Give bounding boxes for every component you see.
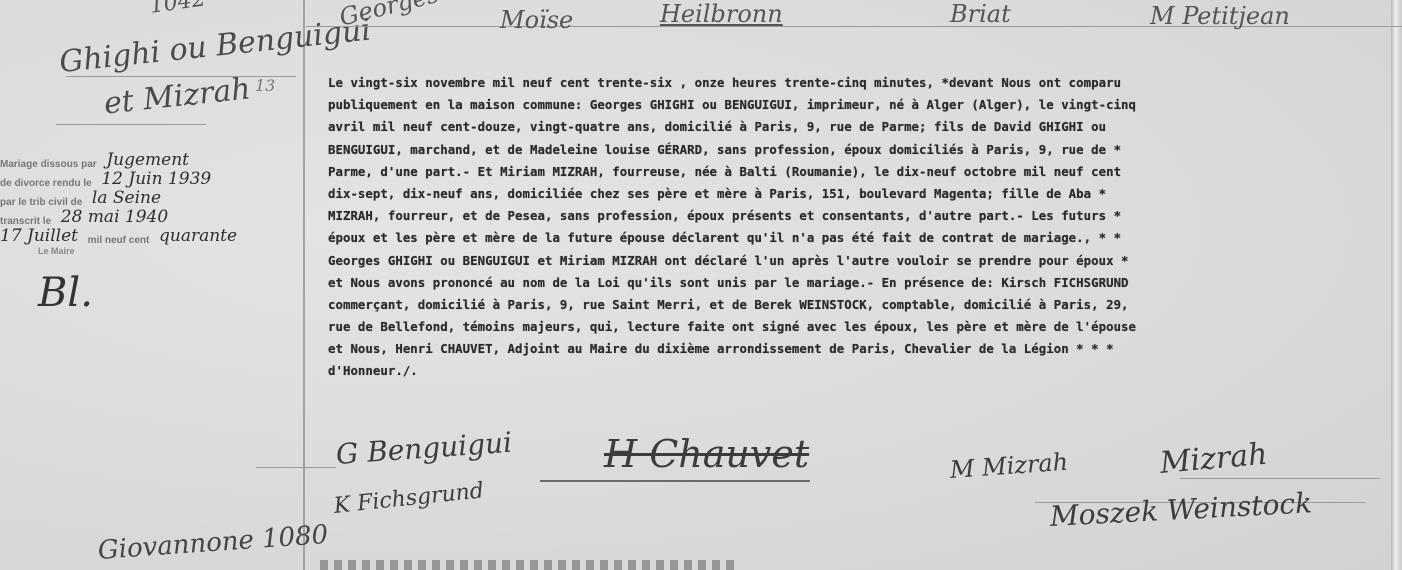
act-line: commerçant, domicilié à Paris, 9, rue Sa… bbox=[328, 294, 1368, 316]
mayor-signature: Bl. bbox=[38, 270, 93, 316]
act-line: Le vingt-six novembre mil neuf cent tren… bbox=[328, 72, 1368, 94]
signature: M Petitjean bbox=[1150, 2, 1290, 30]
act-line: BENGUIGUI, marchand, et de Madeleine lou… bbox=[328, 139, 1368, 161]
act-line: d'Honneur./. bbox=[328, 360, 1368, 382]
next-act-text-fragment bbox=[320, 560, 740, 570]
signature: Moïse bbox=[500, 6, 573, 34]
mayor-label: Le Maire bbox=[38, 246, 75, 256]
annotation-line: de divorce rendu le 12 Juin 1939 bbox=[0, 169, 300, 188]
act-line: publiquement en la maison commune: Georg… bbox=[328, 94, 1368, 116]
underline bbox=[56, 124, 206, 125]
parent-signature: M Mizrah bbox=[949, 448, 1069, 484]
page-edge bbox=[1391, 0, 1402, 570]
act-line: Georges GHIGHI ou BENGUIGUI et Miriam MI… bbox=[328, 250, 1368, 272]
groom-signature: G Benguigui bbox=[335, 426, 513, 471]
act-line: MIZRAH, fourreur, et de Pesea, sans prof… bbox=[328, 205, 1368, 227]
next-entry-name: Giovannone 1080 bbox=[97, 520, 329, 566]
signature-line bbox=[1180, 478, 1380, 479]
marriage-act-text: Le vingt-six novembre mil neuf cent tren… bbox=[328, 72, 1368, 383]
annotation-line: 17 Juillet mil neuf cent quarante bbox=[0, 226, 300, 245]
signature-line bbox=[256, 467, 336, 468]
signature: Heilbronn bbox=[660, 0, 783, 28]
act-line: époux et les père et mère de la future é… bbox=[328, 227, 1368, 249]
bride-signature: Mizrah bbox=[1158, 437, 1268, 481]
witness-signature: Moszek Weinstock bbox=[1049, 486, 1313, 533]
act-line: et Nous, Henri CHAUVET, Adjoint au Maire… bbox=[328, 338, 1368, 360]
register-page: 1042 Ghighi ou Benguigui et Mizrah 13 Ma… bbox=[0, 0, 1402, 570]
annotation-line: par le trib civil de la Seine bbox=[0, 188, 300, 207]
act-reference-number: 1042 bbox=[148, 0, 207, 19]
witness-signature: K Fichsgrund bbox=[333, 478, 485, 519]
annotation-line: transcrit le 28 mai 1940 bbox=[0, 207, 300, 226]
annotation-line: Mariage dissous par Jugement bbox=[0, 150, 300, 169]
act-line: dix-sept, dix-neuf ans, domiciliée chez … bbox=[328, 183, 1368, 205]
margin-mark: 13 bbox=[255, 76, 275, 95]
act-line: rue de Bellefond, témoins majeurs, qui, … bbox=[328, 316, 1368, 338]
act-line: et Nous avons prononcé au nom de la Loi … bbox=[328, 272, 1368, 294]
signature-line bbox=[540, 480, 810, 482]
act-line: Parme, d'une part.- Et Miriam MIZRAH, fo… bbox=[328, 161, 1368, 183]
officer-signature: H Chauvet bbox=[604, 432, 809, 476]
signature: Briat bbox=[950, 0, 1011, 28]
act-line: avril mil neuf cent-douze, vingt-quatre … bbox=[328, 116, 1368, 138]
divorce-annotation: Mariage dissous par Jugement de divorce … bbox=[0, 150, 300, 245]
